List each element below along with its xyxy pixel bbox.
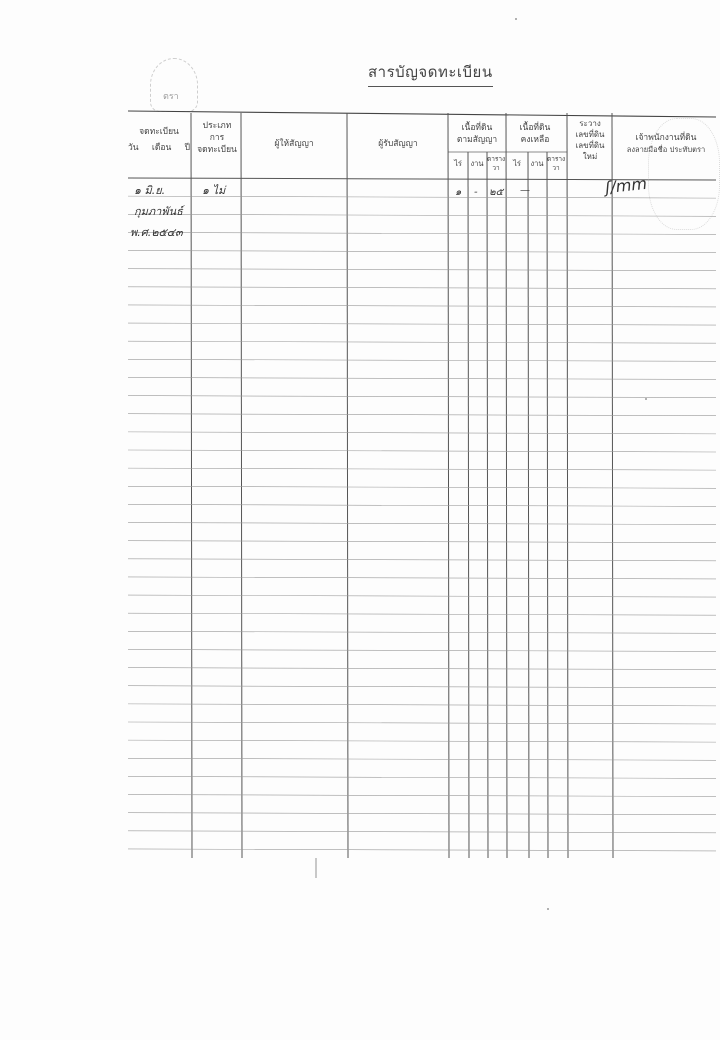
speck [547,908,549,910]
header-parcel-line4: ใหม่ [568,151,612,162]
header-parcel-line1: ระวาง [568,118,612,129]
row1-day-month: ๑ มิ.ย. [134,182,165,200]
header-type-line1: ประเภท [194,120,240,132]
header-date-label: จดทะเบียน [128,126,190,138]
header-date: จดทะเบียน วัน เดือน ปี [128,126,190,154]
header-month: เดือน [152,142,171,154]
header-area-contract-line2: ตามสัญญา [449,134,505,146]
header-type-line3: จดทะเบียน [194,144,240,156]
row1-year: พ.ศ.๒๕๔๓ [130,224,183,242]
header-area-contract: เนื้อที่ดิน ตามสัญญา [449,122,505,146]
row1-ac-wa: ๒๕ [489,184,503,202]
header-ac-wa: ตารางวา [487,155,505,173]
header-ar-rai: ไร่ [507,158,527,170]
row1-ac-rai: ๑ [455,184,461,202]
row1-month: กุมภาพันธ์ [134,203,183,221]
header-parcel-no: ระวาง เลขที่ดิน เลขที่ดิน ใหม่ [568,118,612,162]
header-parcel-line2: เลขที่ดิน [568,129,612,140]
header-year: ปี [185,142,190,154]
header-grantee: ผู้รับสัญญา [350,138,446,150]
row1-type: ๑ ไม่ [202,182,225,200]
document-page: ตรา สารบัญจดทะเบียน จดทะเบียน วัน เดือน … [0,0,720,1040]
header-ar-wa: ตารางวา [547,155,565,173]
header-grantor: ผู้ให้สัญญา [244,138,344,150]
header-parcel-line3: เลขที่ดิน [568,140,612,151]
header-area-remaining-line2: คงเหลือ [507,134,563,146]
row1-ac-ngan: - [474,184,478,202]
speck [645,398,647,400]
header-ac-rai: ไร่ [449,158,467,170]
header-area-contract-line1: เนื้อที่ดิน [449,122,505,134]
officer-seal-impression [648,118,720,230]
header-area-remaining-line1: เนื้อที่ดิน [507,122,563,134]
header-type-line2: การ [194,132,240,144]
header-ar-ngan: งาน [528,158,546,170]
row1-ar-dash: — [520,182,536,200]
header-date-sub: วัน เดือน ปี [128,142,190,154]
header-type: ประเภท การ จดทะเบียน [194,120,240,156]
header-day: วัน [128,142,139,154]
header-area-remaining: เนื้อที่ดิน คงเหลือ [507,122,563,146]
header-ac-ngan: งาน [468,158,486,170]
register-table-grid [0,0,720,1040]
speck [515,18,517,20]
